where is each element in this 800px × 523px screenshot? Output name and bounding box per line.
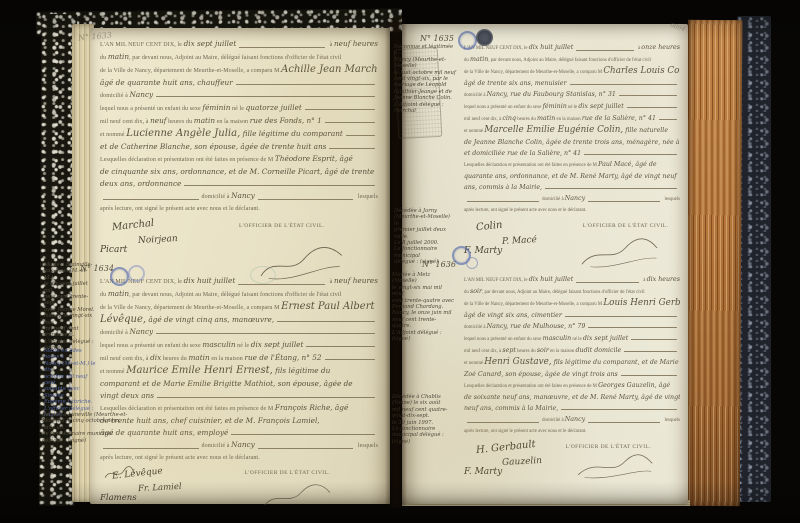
form-line: Zoé Canard, son épouse, âgée de vingt tr… [464,369,680,380]
act-text: L'AN MIL NEUF CENT DIX, le dix huit juil… [464,42,680,216]
officer-signature-flourish [260,477,335,514]
form-line: de la Ville de Nancy, département de Meu… [464,66,680,78]
form-line: deux ans, ordonnance [100,178,378,190]
signature: Fr. Lamiel [138,482,182,494]
signature: Colin [475,220,503,234]
form-line: domicilié à Nancy, rue du Faubourg Stani… [464,89,680,101]
officer-label: L'OFFICIER DE L'ÉTAT CIVIL. [245,470,331,476]
form-line: et nommé Lucienne Angèle Julia, fille lé… [100,128,378,141]
form-line: Lesquelles déclaration et présentation o… [100,153,378,166]
signature: Marchal [112,218,155,233]
form-line: de cinquante six ans, ordonnance, et de … [100,166,378,178]
form-line: du matin, par devant nous, Adjoint au Ma… [100,51,378,64]
form-line: mil neuf cent dix, à sept heures du soir… [464,345,680,357]
form-line: après lecture, ont signé le présent acte… [100,452,378,464]
archive-round-stamp [110,267,129,286]
form-line: domicilié à Nancy, rue de Mulhouse, n° 7… [464,321,680,333]
form-line: mil neuf cent dix, à dix heures du matin… [100,352,378,365]
archive-round-stamp-light [128,265,145,282]
signature: Gauzelin [502,456,542,468]
folio-corner-note: 0094 [669,22,686,33]
form-line: âgé de vingt six ans, cimentier [464,310,680,321]
form-line: domicilié à Nancy [100,326,378,339]
margin-note-second-marriage: Marié en 2des noces àNancy (M.-et-M.) le… [44,348,96,418]
signature-zone: L'OFFICIER DE L'ÉTAT CIVIL. H. GerbaultG… [464,442,680,508]
margin-note-legitimation: Reconnue et légitimée àNancy (Meurthe-et… [394,44,456,114]
form-line: de soixante neuf ans, manœuvre, et de M.… [464,392,680,403]
marianne-round-stamp [476,29,493,46]
signature: F. Marty [464,467,502,477]
officer-label: L'OFFICIER DE L'ÉTAT CIVIL. [583,223,669,229]
officer-signature-flourish [563,448,669,483]
form-line: mil neuf cent dix, à neuf heures du mati… [100,115,378,128]
cover-marble-right-edge [737,16,771,502]
form-line: et nommé Henri Gustave, fils légitime du… [464,357,680,369]
form-line: âgé de quarante huit ans, chauffeur [100,77,378,89]
form-line: lequel nous a présenté un enfant du sexe… [100,102,378,115]
archive-round-stamp [458,31,477,50]
form-line: et de Catherine Blanche, son épouse, âgé… [100,141,378,153]
form-line: domicilié à Nancy [100,89,378,102]
form-line: et domiciliée rue de la Salière, n° 41 [464,148,680,159]
form-line: Lévêque, âgé de vingt cinq ans, manœuvre… [100,314,378,326]
form-line: domicilié à Nancy lesquels [464,414,680,426]
form-line: comparant et de Marie Emilie Brigitte Ma… [100,378,378,390]
form-line: âgé de quarante huit ans, employé [100,427,378,439]
margin-note-marriage: Mariée à Metz (Moselle)le vingt-six mai … [392,272,454,342]
form-line: Lesquelles déclaration et présentation o… [464,380,680,392]
signature: Flamens [100,493,137,503]
form-line: de la Ville de Nancy, département de Meu… [100,301,378,314]
form-line: âgé de trente six ans, menuisier [464,78,680,89]
officer-label: L'OFFICIER DE L'ÉTAT CIVIL. [566,444,652,450]
signature: H. Gerbault [476,439,537,456]
form-line: L'AN MIL NEUF CENT DIX, le dix huit juil… [464,274,680,286]
form-line: domicilié à Nancy lesquels [464,193,680,205]
form-line: domicilié à Nancy lesquels [100,439,378,452]
act-text: L'AN MIL NEUF CENT DIX, le dix sept juil… [100,38,378,215]
margin-note-death: Décédée à Jarny(Meurthe-et-Moselle) lepr… [394,208,456,266]
form-line: de la Ville de Nancy, département de Meu… [464,298,680,310]
signature: P. Macé [502,235,537,247]
form-line: L'AN MIL NEUF CENT DIX, le dix huit juil… [464,42,680,54]
archive-round-stamp-small [466,257,478,269]
fore-edge-page-stack [686,20,743,506]
form-line: Lesquelles déclaration et présentation o… [100,402,378,415]
birth-act-entry-2: N° 1634 Marié à Blainville-aux-Eaux (M.-… [100,262,378,519]
form-line: lequel nous a présenté un enfant du sexe… [100,339,378,352]
form-line: mil neuf cent dix, à cinq heures du mati… [464,113,680,125]
form-line: de Jeanne Blanche Colin, âgée de trente … [464,137,680,148]
signature: Picart [100,245,127,255]
form-line: de la Ville de Nancy, département de Meu… [100,64,378,77]
form-line: lequel nous a présenté un enfant du sexe… [464,333,680,345]
officer-label: L'OFFICIER DE L'ÉTAT CIVIL. [239,223,325,229]
act-text: L'AN MIL NEUF CENT DIX, le dix huit juil… [464,274,680,437]
faint-oval-stamp [250,266,276,284]
form-line: vingt deux ans [100,390,378,402]
form-line: et nommé Maurice Emile Henri Ernest, fil… [100,365,378,378]
act-text: L'AN MIL NEUF CENT DIX, le dix huit juil… [100,275,378,464]
registry-book-photo: N° 1633 L'AN MIL NEUF CENT DIX, le dix s… [0,0,800,523]
left-page: N° 1633 L'AN MIL NEUF CENT DIX, le dix s… [90,28,390,504]
form-line: lequel nous a présenté un enfant du sexe… [464,101,680,113]
margin-note-death: Décédé à Lunéville (Meurthe-et-Moselle) … [42,412,128,444]
form-line: du matin, par devant nous, Adjoint au Ma… [464,54,680,66]
form-line: de trente huit ans, chef cuisinier, et d… [100,415,378,427]
signature-zone: L'OFFICIER DE L'ÉTAT CIVIL. E. LévêqueFr… [100,469,378,519]
form-line: domicilié à Nancy lesquels [100,190,378,203]
form-line: du matin, par devant nous, Adjoint au Ma… [100,288,378,301]
form-line: neuf ans, commis à la Mairie, [464,403,680,414]
signature: Noirjean [138,234,178,246]
birth-act-entry-4: N° 1636 Mariée à Metz (Moselle)le vingt-… [464,264,680,508]
form-line: après lecture, ont signé le présent acte… [464,205,680,216]
form-line: L'AN MIL NEUF CENT DIX, le dix sept juil… [100,38,378,51]
right-page: 0094 N° 1635 Reconnue et légitimée àNanc… [402,24,688,504]
form-line: quarante ans, ordonnance, et de M. René … [464,171,680,182]
margin-note-marriage: Marié à Blainville-aux-Eaux (M.-et-M.)le… [44,262,96,352]
act-number: N° 1635 [420,34,454,43]
form-line: ans, commis à la Mairie, [464,182,680,193]
margin-note-death: Décédée à Chablis(Yonne) le six aoûtmil … [392,394,452,445]
form-line: après lecture, ont signé le présent acte… [100,203,378,215]
form-line: Lesquelles déclaration et présentation o… [464,159,680,171]
form-line: et nommé Marcelle Emilie Eugénie Colin, … [464,125,680,137]
form-line: du soir, par devant nous, Adjoint au Mai… [464,286,680,298]
form-line: après lecture, ont signé le présent acte… [464,426,680,437]
